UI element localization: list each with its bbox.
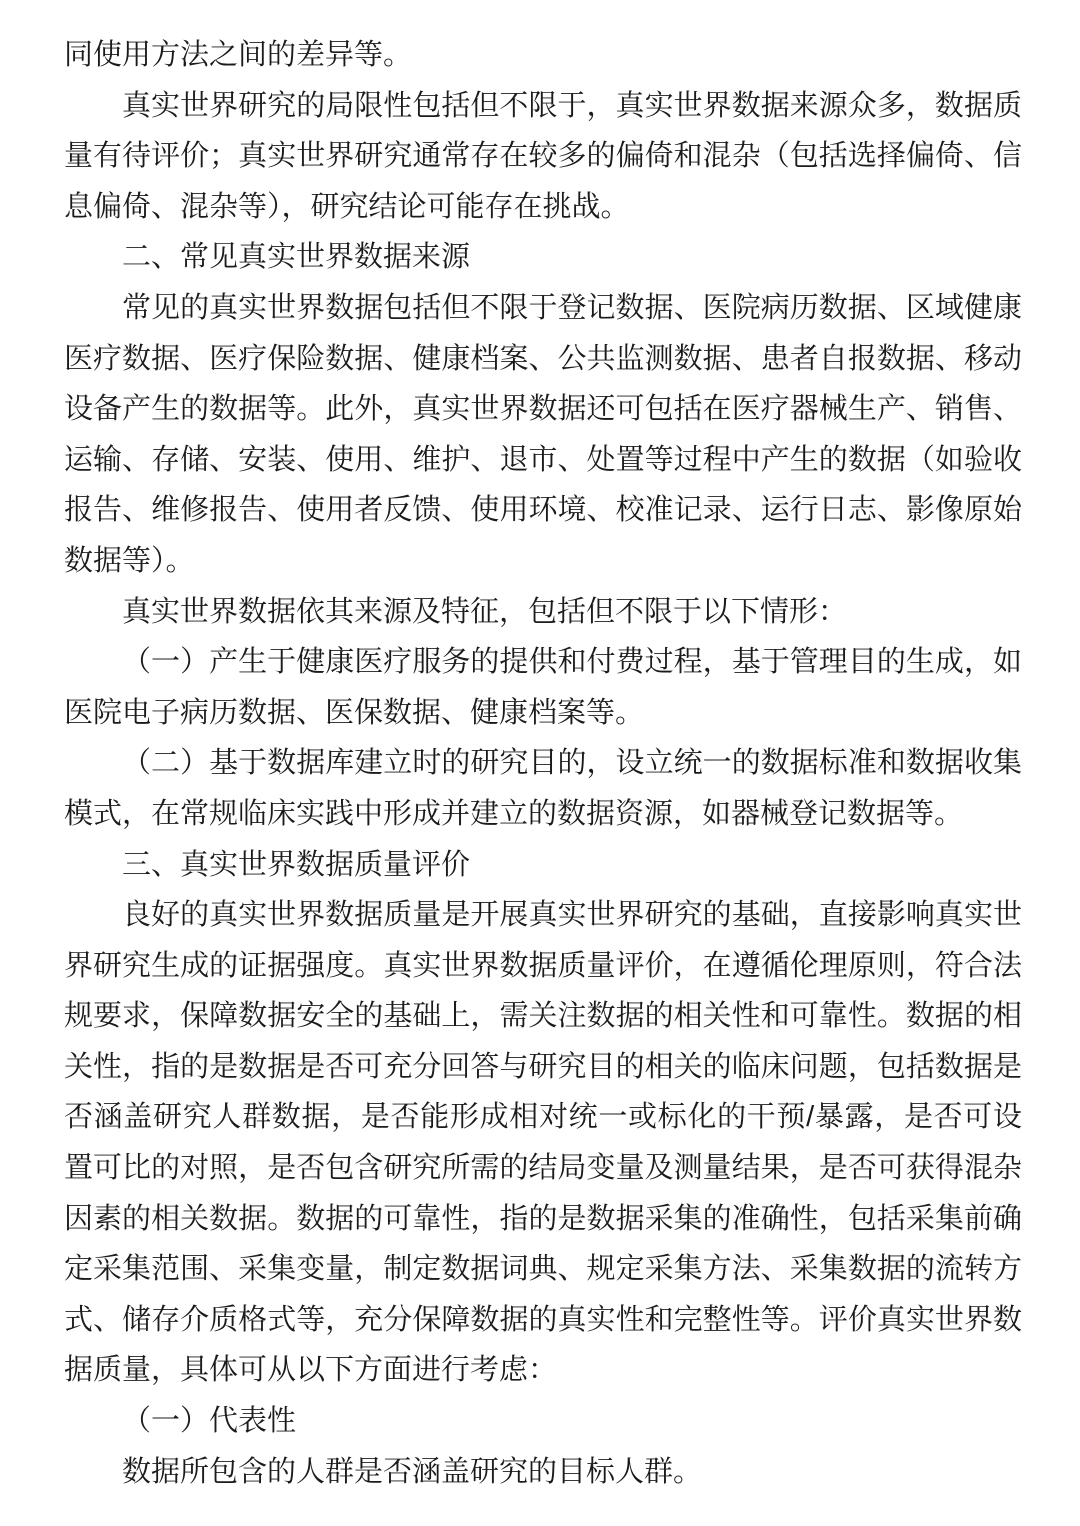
text-line: 否涵盖研究人群数据，是否能形成相对统一或标化的干预/暴露，是否可设 [64, 1092, 1022, 1143]
document-page: 同使用方法之间的差异等。真实世界研究的局限性包括但不限于，真实世界数据来源众多，… [0, 0, 1080, 1526]
text-line: 医院电子病历数据、医保数据、健康档案等。 [64, 688, 1022, 739]
text-line: 数据所包含的人群是否涵盖研究的目标人群。 [64, 1447, 1022, 1498]
text-line: 定采集范围、采集变量，制定数据词典、规定采集方法、采集数据的流转方 [64, 1244, 1022, 1295]
text-line: 息偏倚、混杂等），研究结论可能存在挑战。 [64, 182, 1022, 233]
text-line: 良好的真实世界数据质量是开展真实世界研究的基础，直接影响真实世 [64, 890, 1022, 941]
text-line: 模式，在常规临床实践中形成并建立的数据资源，如器械登记数据等。 [64, 789, 1022, 840]
text-line: （一）产生于健康医疗服务的提供和付费过程，基于管理目的生成，如 [64, 637, 1022, 688]
text-line: 设备产生的数据等。此外，真实世界数据还可包括在医疗器械生产、销售、 [64, 384, 1022, 435]
text-line: （二）基于数据库建立时的研究目的，设立统一的数据标准和数据收集 [64, 738, 1022, 789]
text-line: 同使用方法之间的差异等。 [64, 30, 1022, 81]
document-text: 同使用方法之间的差异等。真实世界研究的局限性包括但不限于，真实世界数据来源众多，… [64, 30, 1022, 1497]
text-line: 式、储存介质格式等，充分保障数据的真实性和完整性等。评价真实世界数 [64, 1295, 1022, 1346]
text-line: 真实世界研究的局限性包括但不限于，真实世界数据来源众多，数据质 [64, 81, 1022, 132]
text-line: 数据等）。 [64, 536, 1022, 587]
text-line: 常见的真实世界数据包括但不限于登记数据、医院病历数据、区域健康 [64, 283, 1022, 334]
text-line: 界研究生成的证据强度。真实世界数据质量评价，在遵循伦理原则，符合法 [64, 941, 1022, 992]
text-line: 报告、维修报告、使用者反馈、使用环境、校准记录、运行日志、影像原始 [64, 485, 1022, 536]
text-line: 规要求，保障数据安全的基础上，需关注数据的相关性和可靠性。数据的相 [64, 991, 1022, 1042]
text-line: 置可比的对照，是否包含研究所需的结局变量及测量结果，是否可获得混杂 [64, 1143, 1022, 1194]
section-heading-line: （一）代表性 [64, 1396, 1022, 1447]
section-heading-line: 二、常见真实世界数据来源 [64, 232, 1022, 283]
text-line: 据质量，具体可从以下方面进行考虑： [64, 1345, 1022, 1396]
section-heading-line: 三、真实世界数据质量评价 [64, 840, 1022, 891]
text-line: 真实世界数据依其来源及特征，包括但不限于以下情形： [64, 587, 1022, 638]
text-line: 运输、存储、安装、使用、维护、退市、处置等过程中产生的数据（如验收 [64, 435, 1022, 486]
text-line: 医疗数据、医疗保险数据、健康档案、公共监测数据、患者自报数据、移动 [64, 334, 1022, 385]
text-line: 因素的相关数据。数据的可靠性，指的是数据采集的准确性，包括采集前确 [64, 1194, 1022, 1245]
text-line: 量有待评价；真实世界研究通常存在较多的偏倚和混杂（包括选择偏倚、信 [64, 131, 1022, 182]
text-line: 关性，指的是数据是否可充分回答与研究目的相关的临床问题，包括数据是 [64, 1042, 1022, 1093]
